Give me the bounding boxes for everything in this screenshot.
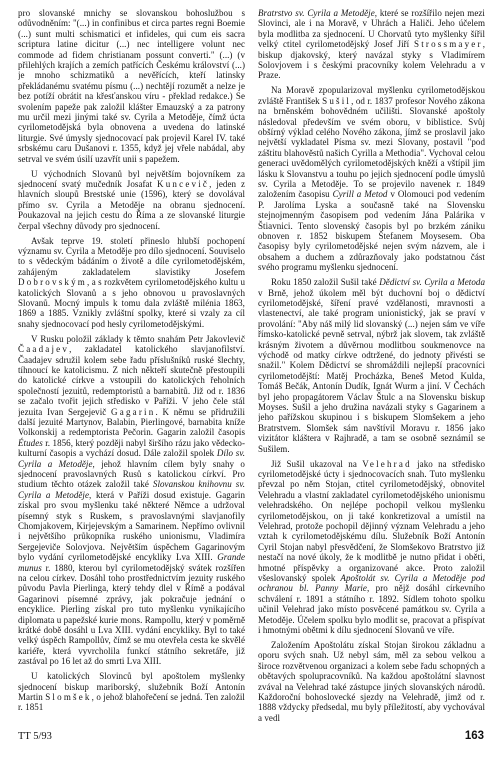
text-run: v Olomouci pod vedením P. Jarolíma Lyska…	[258, 189, 485, 272]
text-run: r. 1856, který později nabyl širšího ráz…	[18, 438, 245, 458]
paragraph: U východních Slovanů byl největším bojov…	[18, 169, 245, 231]
letterspaced-name: Sušil	[322, 96, 351, 106]
left-column: pro slovanské mnichy se slovanskou bohos…	[18, 8, 245, 723]
paragraph: Avšak teprve 19. století přineslo hlubší…	[18, 236, 245, 330]
paragraph: pro slovanské mnichy se slovanskou bohos…	[18, 8, 245, 164]
page-footer: TT 5/93 163	[18, 730, 484, 742]
page-number: 163	[465, 730, 484, 742]
text-run: Avšak teprve 19. století přineslo hlubší…	[18, 236, 245, 277]
paragraph: Již Sušil ukazoval na Velehrad jako na s…	[258, 459, 485, 636]
text-run: Založením Apoštolátu získal Stojan širok…	[258, 640, 485, 723]
paragraph: V Rusku položil základy k těmto snahám P…	[18, 334, 245, 667]
paragraph: Na Moravě zpopularizoval myšlenku cyrilo…	[258, 85, 485, 272]
paragraph: Roku 1850 založil Sušil také Dědictví sv…	[258, 277, 485, 454]
text-run: V Rusku položil základy k těmto snahám P…	[31, 334, 245, 344]
italic-text-run: Études	[18, 438, 43, 448]
journal-reference: TT 5/93	[18, 731, 52, 742]
letterspaced-name: Gagarin	[111, 407, 155, 417]
italic-text-run: Dědictví sv. Cyrila a Metoda	[379, 277, 485, 287]
italic-text-run: Bratrstvo sv. Cyrila a Metoděje	[258, 8, 375, 18]
text-run: jako na středisko cyrilometodějské úcty …	[258, 459, 485, 583]
italic-text-run: Cyrill a Metod	[333, 189, 388, 199]
text-run: Již Sušil ukazoval na	[271, 459, 362, 469]
paragraph: Založením Apoštolátu získal Stojan širok…	[258, 640, 485, 723]
text-run: v Brně, jehož úkolem měl být duchovní bo…	[258, 288, 485, 454]
letterspaced-name: Velehrad	[362, 459, 412, 469]
letterspaced-name: Čaadajev	[18, 344, 69, 354]
paragraph: U katolických Slovinců byl apoštolem myš…	[18, 671, 245, 713]
text-run: r. 1880, kterou byl cyrilometodějský svá…	[18, 563, 245, 667]
paragraph: Bratrstvo sv. Cyrila a Metoděje, které s…	[258, 8, 485, 81]
text-run: , od r. 1837 profesor Nového zákona na b…	[258, 96, 485, 200]
text-columns: pro slovanské mnichy se slovanskou bohos…	[18, 8, 485, 723]
letterspaced-name: Slomšek	[45, 692, 91, 702]
right-column: Bratrstvo sv. Cyrila a Metoděje, které s…	[258, 8, 485, 723]
letterspaced-name: Strossmayer	[414, 39, 483, 49]
letterspaced-name: Dobrovským	[18, 277, 87, 287]
text-run: pro slovanské mnichy se slovanskou bohos…	[18, 8, 245, 164]
text-run: Roku 1850 založil Sušil také	[271, 277, 379, 287]
document-page: pro slovanské mnichy se slovanskou bohos…	[0, 0, 500, 767]
letterspaced-name: Kuncevič	[157, 179, 209, 189]
text-run: , která v Paříži dosud existuje. Gagarin…	[18, 490, 245, 562]
